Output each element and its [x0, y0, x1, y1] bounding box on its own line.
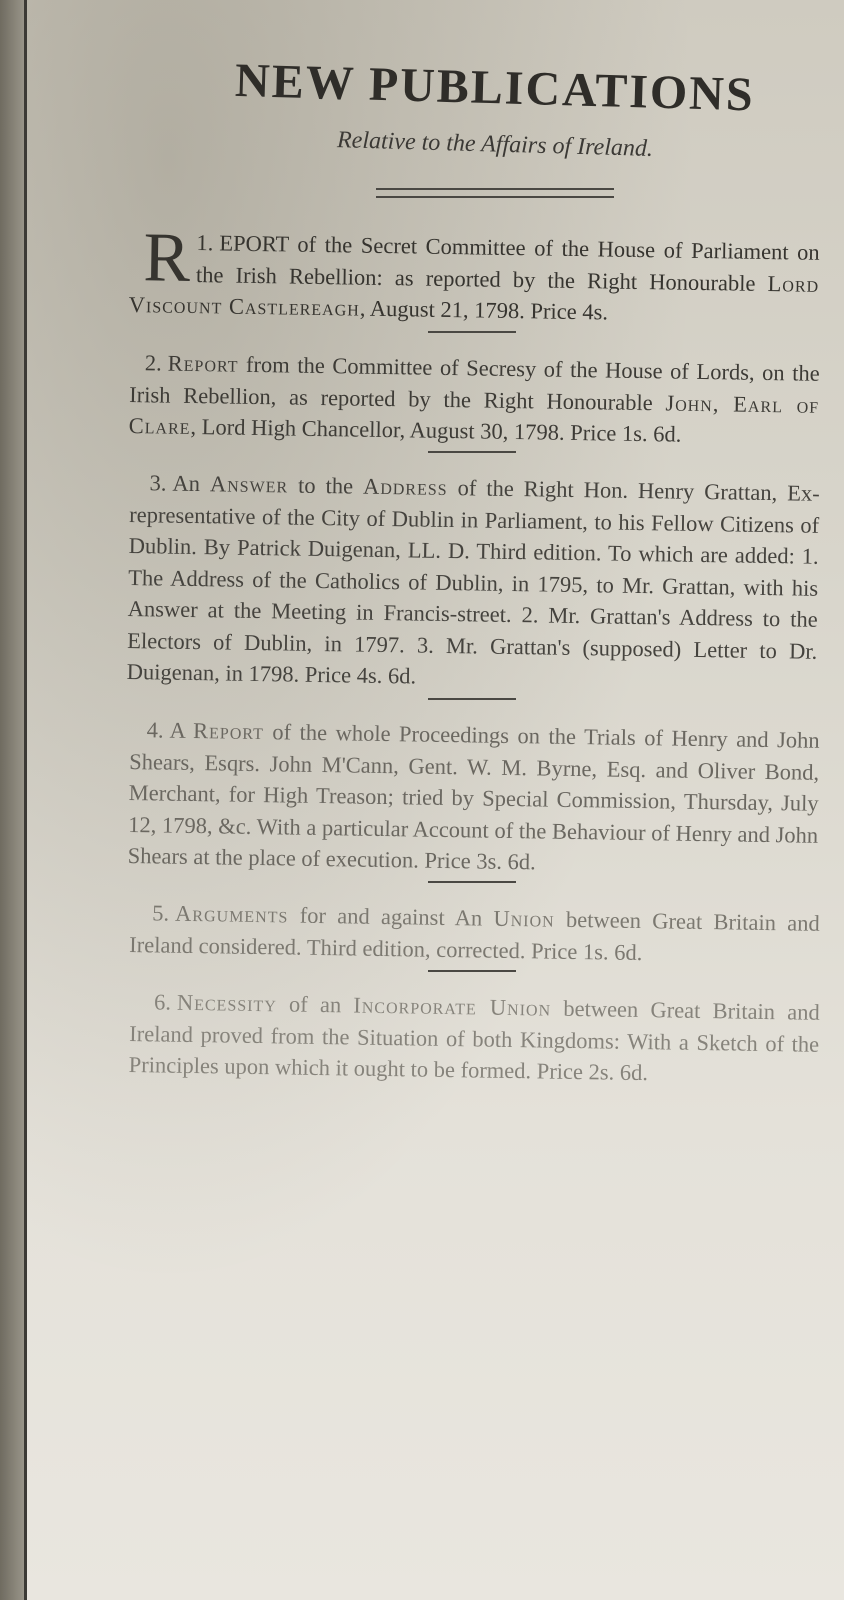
- entry-divider: [428, 881, 516, 883]
- publication-entry-5: 5.Arguments for and against An Union bet…: [129, 897, 820, 971]
- entry-number: 4.: [147, 717, 164, 742]
- entry-text: for and against An: [300, 903, 483, 931]
- entry-tail: , August 21, 1798.: [360, 296, 525, 324]
- entry-lead: Answer: [210, 471, 289, 497]
- entry-price: Price 1s. 6d.: [531, 938, 643, 965]
- page-content: NEW PUBLICATIONS Relative to the Affairs…: [130, 50, 820, 1081]
- page-title: NEW PUBLICATIONS: [129, 50, 820, 124]
- entry-divider: [428, 970, 516, 972]
- entry-number: 3.: [149, 470, 166, 495]
- page-subtitle: Relative to the Affairs of Ireland.: [130, 121, 820, 167]
- entry-lead: Report: [168, 350, 239, 376]
- entry-divider: [428, 451, 516, 453]
- entry-number: 2.: [145, 350, 162, 375]
- publication-entry-4: 4.A Report of the whole Proceedings on t…: [128, 714, 820, 882]
- scanned-page: NEW PUBLICATIONS Relative to the Affairs…: [0, 0, 844, 1600]
- entry-price: Price 3s. 6d.: [424, 847, 536, 874]
- page-edge-line: [24, 0, 27, 1600]
- entry-number: 6.: [154, 989, 171, 1014]
- entry-lead: Report: [193, 717, 264, 743]
- entry-lead: Arguments: [175, 901, 289, 928]
- entry-divider: [428, 331, 516, 333]
- entry-text: of the Secret Committee of the House of …: [196, 232, 820, 296]
- publication-entry-2: 2.Report from the Committee of Secresy o…: [129, 347, 820, 452]
- publication-entry-3: 3.An Answer to the Address of the Right …: [127, 467, 820, 698]
- entry-tail: , Lord High Chancellor, August 30, 1798.: [190, 413, 564, 444]
- entry-number: 1.: [196, 230, 213, 255]
- entry-pre: A: [169, 717, 184, 742]
- entry-lead-2: Incorporate Union: [353, 993, 551, 1021]
- publication-entry-6: 6.Necessity of an Incorporate Union betw…: [129, 986, 820, 1091]
- entry-number: 5.: [152, 900, 169, 925]
- entry-price: Price 2s. 6d.: [537, 1058, 649, 1085]
- entry-lead: EPORT: [219, 230, 289, 256]
- book-gutter: [0, 0, 25, 1600]
- entry-lead-2: Union: [493, 906, 555, 932]
- entry-divider: [428, 698, 516, 700]
- double-rule-divider: [376, 188, 614, 198]
- entry-text: of the Right Hon. Henry Grattan, Ex-repr…: [127, 475, 820, 687]
- entry-price: Price 4s. 6d.: [305, 662, 417, 689]
- entry-mid: to the: [298, 473, 353, 499]
- publication-entry-1: 1.REPORT of the Secret Committee of the …: [129, 226, 820, 331]
- entry-pre: An: [172, 471, 200, 496]
- entry-lead: Necessity: [177, 990, 277, 1017]
- entry-price: Price 4s.: [530, 298, 608, 324]
- entry-price: Price 1s. 6d.: [570, 419, 682, 446]
- entry-lead-2: Address: [363, 474, 448, 500]
- drop-cap: R: [143, 230, 191, 287]
- entry-text: of an: [289, 992, 342, 1018]
